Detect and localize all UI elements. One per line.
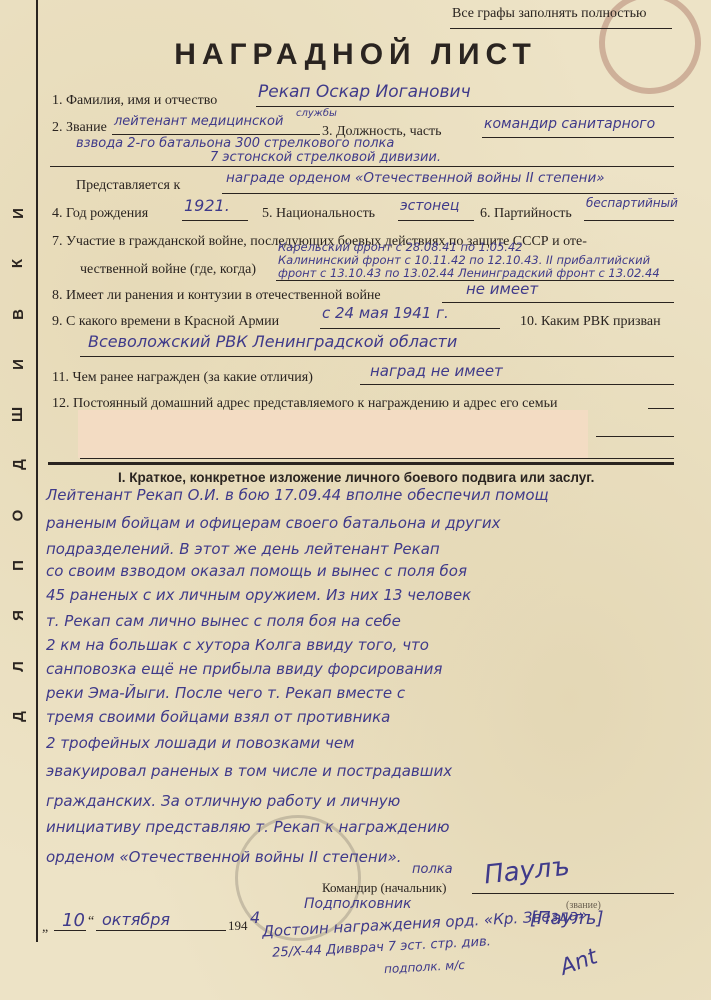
field-7-label-line2: чественной войне (где, когда) (80, 262, 256, 278)
presented-label: Представляется к (76, 178, 180, 194)
field-3-line (482, 137, 674, 138)
narrative-line: орденом «Отечественной войны II степени»… (46, 848, 401, 866)
date-month: октября (102, 910, 170, 929)
commander-label: Командир (начальник) (322, 880, 446, 896)
field-3-line-2 (50, 166, 674, 167)
narrative-line: Лейтенант Рекап О.И. в бою 17.09.44 впол… (46, 486, 549, 504)
field-11-line (360, 384, 674, 385)
margin-letter: В (10, 309, 27, 320)
date-year-suffix: 4 (250, 908, 260, 927)
narrative-line: со своим взводом оказал помощь и вынес с… (46, 562, 467, 580)
field-8-label: 8. Имеет ли ранения и контузии в отечест… (52, 288, 381, 304)
signature-unit: полка (412, 862, 453, 877)
field-11-label: 11. Чем ранее награжден (за какие отличи… (52, 370, 313, 386)
field-3-value-line1: командир санитарного (484, 116, 655, 132)
field-8-line (442, 302, 674, 303)
narrative-line: 45 раненых с их личным оружием. Из них 1… (46, 586, 471, 604)
field-5-value: эстонец (400, 198, 459, 214)
field-1-label: 1. Фамилия, имя и отчество (52, 93, 217, 109)
field-9-line (320, 328, 500, 329)
fill-instruction: Все графы заполнять полностью (452, 6, 646, 22)
margin-letter: Д (10, 460, 27, 471)
margin-letter: П (10, 560, 27, 571)
date-quote-close: “ (88, 914, 94, 930)
field-10-value: Всеволожский РВК Ленинградской области (88, 332, 457, 351)
margin-letter: О (9, 509, 26, 521)
document-title: НАГРАДНОЙ ЛИСТ (0, 38, 711, 72)
date-day-line (54, 930, 86, 931)
field-6-value: беспартийный (586, 196, 678, 210)
field-10-line (80, 356, 674, 357)
narrative-line: инициативу представляю т. Рекап к награж… (46, 818, 449, 836)
field-2-label: 2. Звание (52, 120, 107, 136)
field-2-line (112, 134, 320, 135)
field-9-label: 9. С какого времени в Красной Армии (52, 314, 279, 330)
narrative-line: эвакуировал раненых в том числе и постра… (46, 762, 452, 780)
date-day: 10 (62, 910, 85, 931)
margin-letter: Ш (9, 407, 26, 422)
field-7-value-line1: Карельский фронт с 28.08.41 по 1.05.42 (278, 240, 523, 254)
margin-letter: И (10, 208, 27, 219)
field-3-value-line2: взвода 2-го батальона 300 стрелкового по… (76, 136, 394, 151)
section-1-title: I. Краткое, конкретное изложение личного… (118, 470, 594, 485)
instruction-underline (450, 28, 672, 29)
field-12-line-3 (80, 458, 674, 459)
field-6-label: 6. Партийность (480, 206, 572, 222)
field-1-value: Рекап Оскар Иоганович (258, 82, 471, 102)
section-divider (48, 462, 674, 465)
margin-letter: И (10, 359, 27, 370)
field-4-line (182, 220, 248, 221)
field-12-line-2 (596, 436, 674, 437)
date-year-prefix: 194 (228, 918, 248, 934)
margin-letter: Д (10, 711, 27, 722)
field-11-value: наград не имеет (370, 362, 503, 380)
field-2-value: лейтенант медицинской (114, 114, 283, 129)
narrative-line: гражданских. За отличную работу и личную (46, 792, 400, 810)
narrative-line: 2 трофейных лошади и повозками чем (46, 734, 354, 752)
narrative-line: реки Эма-Йыги. После чего т. Рекап вмест… (46, 684, 405, 702)
field-7-value-line2: Калининский фронт с 10.11.42 по 12.10.43… (278, 253, 650, 267)
field-1-line (256, 106, 674, 107)
margin-letter: К (10, 259, 27, 268)
field-12-line (648, 408, 674, 409)
field-10-label: 10. Каким РВК призван (520, 314, 661, 330)
narrative-line: раненым бойцам и офицерам своего батальо… (46, 514, 501, 532)
rank-value: Подполковник (304, 896, 411, 912)
margin-binding-label: Д Л Я П О Д Ш И В К И (8, 205, 28, 725)
field-7-value-line3: фронт с 13.10.43 по 13.02.44 Ленинградск… (278, 266, 660, 280)
narrative-line: т. Рекап сам лично вынес с поля боя на с… (46, 612, 401, 630)
presented-value: награде орденом «Отечественной войны II … (226, 170, 605, 186)
narrative-line: тремя своими бойцами взял от противника (46, 708, 390, 726)
field-6-line (584, 220, 674, 221)
field-2-value-sup: службы (296, 108, 337, 119)
field-3-value-line3: 7 эстонской стрелковой дивизии. (210, 150, 441, 165)
date-quote-open: „ (42, 920, 48, 936)
date-month-line (96, 930, 226, 931)
margin-letter: Л (10, 661, 27, 672)
address-redaction (78, 410, 588, 458)
narrative-line: подразделений. В этот же день лейтенант … (46, 540, 440, 558)
field-8-value: не имеет (466, 280, 538, 298)
margin-rule (36, 0, 38, 942)
field-5-line (398, 220, 474, 221)
narrative-line: 2 км на большак с хутора Колга ввиду тог… (46, 636, 429, 654)
presented-line (222, 193, 674, 194)
margin-letter: Я (10, 610, 27, 621)
field-4-value: 1921. (184, 196, 230, 215)
narrative-line: санповозка ещё не прибыла ввиду форсиров… (46, 660, 442, 678)
field-5-label: 5. Национальность (262, 206, 375, 222)
commander-signature-line (472, 893, 674, 894)
field-9-value: с 24 мая 1941 г. (322, 304, 449, 322)
field-4-label: 4. Год рождения (52, 206, 148, 222)
